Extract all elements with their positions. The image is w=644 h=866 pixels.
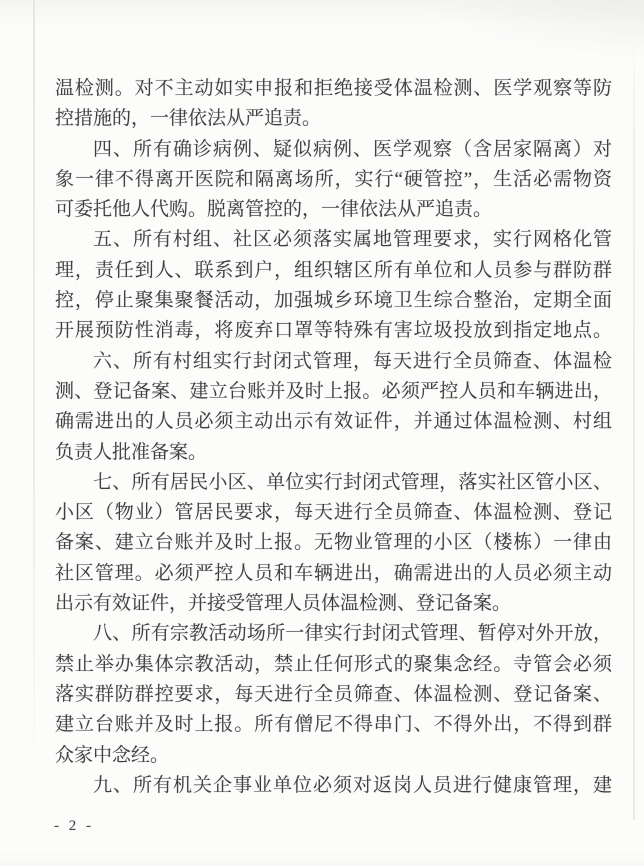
doc-line: 开展预防性消毒，将废弃口罩等特殊有害垃圾投放到指定地点。 bbox=[55, 316, 612, 346]
doc-line: 落实群防群控要求，每天进行全员筛查、体温检测、登记备案、 bbox=[55, 680, 612, 710]
doc-line: 出示有效证件，并接受管理人员体温检测、登记备案。 bbox=[55, 589, 612, 619]
doc-line: 象一律不得离开医院和隔离场所，实行“硬管控”，生活必需物资 bbox=[55, 165, 612, 195]
page-number: - 2 - bbox=[54, 818, 94, 835]
doc-line: 七、所有居民小区、单位实行封闭式管理，落实社区管小区、 bbox=[55, 468, 612, 498]
doc-line: 负责人批准备案。 bbox=[55, 438, 612, 468]
doc-line: 小区（物业）管居民要求，每天进行全员筛查、体温检测、登记 bbox=[55, 498, 612, 528]
doc-line: 控措施的，一律依法从严追责。 bbox=[55, 104, 612, 134]
doc-line: 控，停止聚集聚餐活动，加强城乡环境卫生综合整治，定期全面 bbox=[55, 286, 612, 316]
doc-line: 六、所有村组实行封闭式管理，每天进行全员筛查、体温检 bbox=[55, 347, 612, 377]
doc-line: 备案、建立台账并及时上报。无物业管理的小区（楼栋）一律由 bbox=[55, 528, 612, 558]
doc-line: 五、所有村组、社区必须落实属地管理要求，实行网格化管 bbox=[55, 225, 612, 255]
doc-line: 九、所有机关企事业单位必须对返岗人员进行健康管理，建 bbox=[55, 771, 612, 801]
doc-line: 四、所有确诊病例、疑似病例、医学观察（含居家隔离）对 bbox=[55, 135, 612, 165]
doc-line: 社区管理。必须严控人员和车辆进出，确需进出的人员必须主动 bbox=[55, 559, 612, 589]
page-edge-line-right bbox=[633, 30, 635, 820]
doc-line: 温检测。对不主动如实申报和拒绝接受体温检测、医学观察等防 bbox=[55, 74, 612, 104]
doc-line: 测、登记备案、建立台账并及时上报。必须严控人员和车辆进出， bbox=[55, 377, 612, 407]
scanned-document-page: 温检测。对不主动如实申报和拒绝接受体温检测、医学观察等防 控措施的，一律依法从严… bbox=[0, 0, 644, 866]
scan-corner-shade bbox=[424, 0, 644, 60]
doc-line: 理，责任到人、联系到户，组织辖区所有单位和人员参与群防群 bbox=[55, 256, 612, 286]
document-body: 温检测。对不主动如实申报和拒绝接受体温检测、医学观察等防 控措施的，一律依法从严… bbox=[55, 74, 612, 801]
doc-line: 确需进出的人员必须主动出示有效证件，并通过体温检测、村组 bbox=[55, 407, 612, 437]
doc-line: 八、所有宗教活动场所一律实行封闭式管理、暂停对外开放， bbox=[55, 619, 612, 649]
doc-line: 众家中念经。 bbox=[55, 741, 612, 771]
doc-line: 建立台账并及时上报。所有僧尼不得串门、不得外出，不得到群 bbox=[55, 710, 612, 740]
doc-line: 可委托他人代购。脱离管控的，一律依法从严追责。 bbox=[55, 195, 612, 225]
page-edge-line-left bbox=[33, 0, 35, 794]
doc-line: 禁止举办集体宗教活动，禁止任何形式的聚集念经。寺管会必须 bbox=[55, 650, 612, 680]
